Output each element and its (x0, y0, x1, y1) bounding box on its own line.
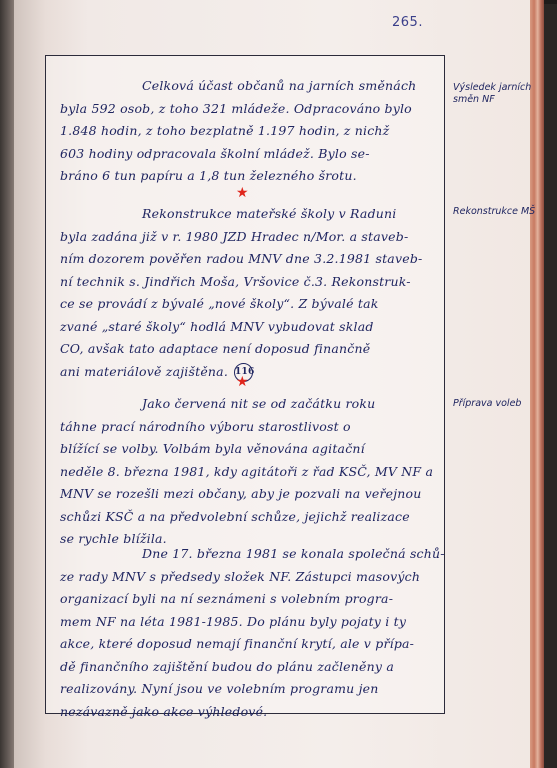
text-line: blížící se volby. Volbám byla věnována a… (60, 438, 435, 461)
text-line: byla 592 osob, z toho 321 mládeže. Odpra… (60, 98, 435, 121)
margin-note-text: Příprava voleb (453, 398, 543, 410)
section-rekonstrukce-ms: Rekonstrukce mateřské školy v Raduni byl… (60, 203, 435, 383)
margin-note-text: Rekonstrukce MŠ (453, 206, 543, 218)
text-line: organizací byli na ní seznámeni s volebn… (60, 588, 435, 611)
page-edge (530, 0, 544, 768)
text-line: ní technik s. Jindřich Moša, Vršovice č.… (60, 271, 435, 294)
text-line: Rekonstrukce mateřské školy v Raduni (60, 203, 435, 226)
text-line: nezávazně jako akce výhledové. (60, 701, 435, 724)
text-line: Dne 17. března 1981 se konala společná s… (60, 543, 435, 566)
text-line: CO, avšak tato adaptace není doposud fin… (60, 338, 435, 361)
text-line: schůzi KSČ a na předvolební schůze, jeji… (60, 506, 435, 529)
text-line: mem NF na léta 1981-1985. Do plánu byly … (60, 611, 435, 634)
margin-note-rekonstrukce: Rekonstrukce MŠ (453, 206, 543, 218)
margin-note-volby: Příprava voleb (453, 398, 543, 410)
red-star-icon: ★ (236, 375, 249, 389)
text-line: ce se provádí z bývalé „nové školy“. Z b… (60, 293, 435, 316)
section-priprava-voleb: Jako červená nit se od začátku roku táhn… (60, 393, 435, 551)
text-line: byla zadána již v r. 1980 JZD Hradec n/M… (60, 226, 435, 249)
text-line: Celková účast občanů na jarních směnách (60, 75, 435, 98)
text-line: realizovány. Nyní jsou ve volebním progr… (60, 678, 435, 701)
text-line: dě finančního zajištění budou do plánu z… (60, 656, 435, 679)
margin-note-vysledek: Výsledek jarních směn NF (453, 82, 543, 106)
text-line: zvané „staré školy“ hodlá MNV vybudovat … (60, 316, 435, 339)
page-number: 265. (392, 15, 423, 30)
text-line: táhne prací národního výboru starostlivo… (60, 416, 435, 439)
margin-note-text: směn NF (453, 94, 543, 106)
section-schuze-rady: Dne 17. března 1981 se konala společná s… (60, 543, 435, 723)
text-line: neděle 8. března 1981, kdy agitátoři z ř… (60, 461, 435, 484)
text-line: 603 hodiny odpracovala školní mládež. By… (60, 143, 435, 166)
red-star-icon: ★ (236, 186, 249, 200)
text-line: akce, které doposud nemají finanční kryt… (60, 633, 435, 656)
text-line: Jako červená nit se od začátku roku (60, 393, 435, 416)
text-line: 1.848 hodin, z toho bezplatně 1.197 hodi… (60, 120, 435, 143)
section-jarni-smeny: Celková účast občanů na jarních směnách … (60, 75, 435, 188)
text-line: ním dozorem pověřen radou MNV dne 3.2.19… (60, 248, 435, 271)
margin-note-text: Výsledek jarních (453, 82, 543, 94)
text-line-content: ani materiálově zajištěna. (60, 364, 228, 379)
text-line: ze rady MNV s předsedy složek NF. Zástup… (60, 566, 435, 589)
text-line: MNV se rozešli mezi občany, aby je pozva… (60, 483, 435, 506)
